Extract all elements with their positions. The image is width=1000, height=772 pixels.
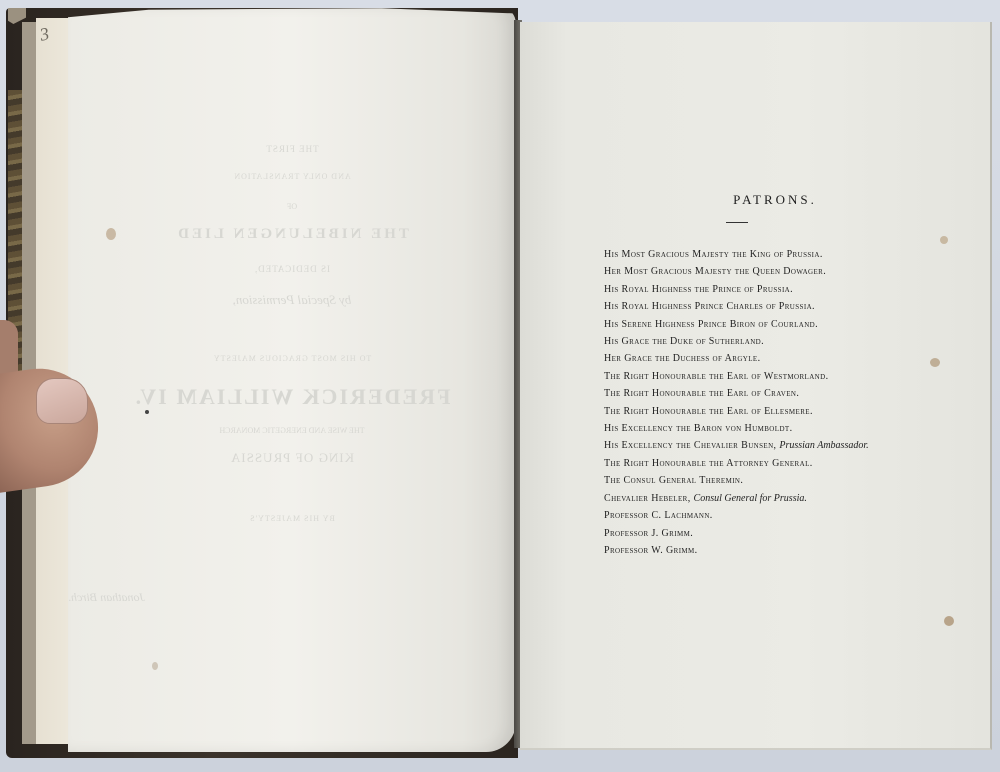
patron-entry: Professor C. Lachmann. — [604, 507, 869, 524]
show-through-line: KING OF PRUSSIA — [68, 450, 516, 466]
patron-entry: His Serene Highness Prince Biron of Cour… — [604, 316, 869, 333]
patron-entry: The Right Honourable the Earl of Craven. — [604, 385, 869, 402]
show-through-line: by Special Permission, — [68, 292, 516, 308]
foxing-spot — [152, 662, 158, 670]
page-title: PATRONS. — [520, 192, 990, 208]
show-through-line: THE FIRST — [68, 144, 516, 154]
patron-entry: Her Grace the Duchess of Argyle. — [604, 350, 869, 367]
foxing-spot — [940, 236, 948, 244]
patron-entry: His Excellency the Baron von Humboldt. — [604, 420, 869, 437]
patron-entry: His Grace the Duke of Sutherland. — [604, 333, 869, 350]
title-rule — [726, 222, 748, 223]
patron-entry: His Royal Highness Prince Charles of Pru… — [604, 298, 869, 315]
patron-entry: The Right Honourable the Earl of Ellesme… — [604, 403, 869, 420]
patron-list: His Most Gracious Majesty the King of Pr… — [604, 246, 869, 559]
foxing-spot — [930, 358, 940, 367]
patron-entry: Professor W. Grimm. — [604, 542, 869, 559]
foxing-spot — [106, 228, 116, 240]
patron-entry: The Right Honourable the Earl of Westmor… — [604, 368, 869, 385]
show-through-line: BY HIS MAJESTY'S — [68, 514, 516, 523]
patron-entry: His Excellency the Chevalier Bunsen, Pru… — [604, 437, 869, 454]
show-through-line: Jonathan Birch. — [68, 590, 245, 605]
show-through-line: AND ONLY TRANSLATION — [68, 172, 516, 181]
show-through-line: THE WISE AND ENERGETIC MONARCH — [68, 426, 516, 435]
thumbnail-nail — [36, 378, 88, 424]
left-page: THE FIRST AND ONLY TRANSLATION OF THE NI… — [68, 6, 516, 752]
patron-entry: His Most Gracious Majesty the King of Pr… — [604, 246, 869, 263]
ink-dot — [145, 410, 149, 414]
show-through-line: IS DEDICATED, — [68, 264, 516, 274]
patron-entry: Her Most Gracious Majesty the Queen Dowa… — [604, 263, 869, 280]
patron-entry: Chevalier Hebeler, Consul General for Pr… — [604, 490, 869, 507]
show-through-line: TO HIS MOST GRACIOUS MAJESTY — [68, 354, 516, 363]
patron-entry: Professor J. Grimm. — [604, 525, 869, 542]
patron-entry: His Royal Highness the Prince of Prussia… — [604, 281, 869, 298]
show-through-line: OF — [68, 202, 516, 211]
show-through-line: FREDERICK WILLIAM IV. — [68, 384, 516, 410]
right-page: PATRONS. His Most Gracious Majesty the K… — [520, 22, 992, 750]
show-through-line: THE NIBELUNGEN LIED — [68, 226, 516, 243]
patron-entry: The Right Honourable the Attorney Genera… — [604, 455, 869, 472]
foxing-spot — [944, 616, 954, 626]
patron-entry: The Consul General Theremin. — [604, 472, 869, 489]
